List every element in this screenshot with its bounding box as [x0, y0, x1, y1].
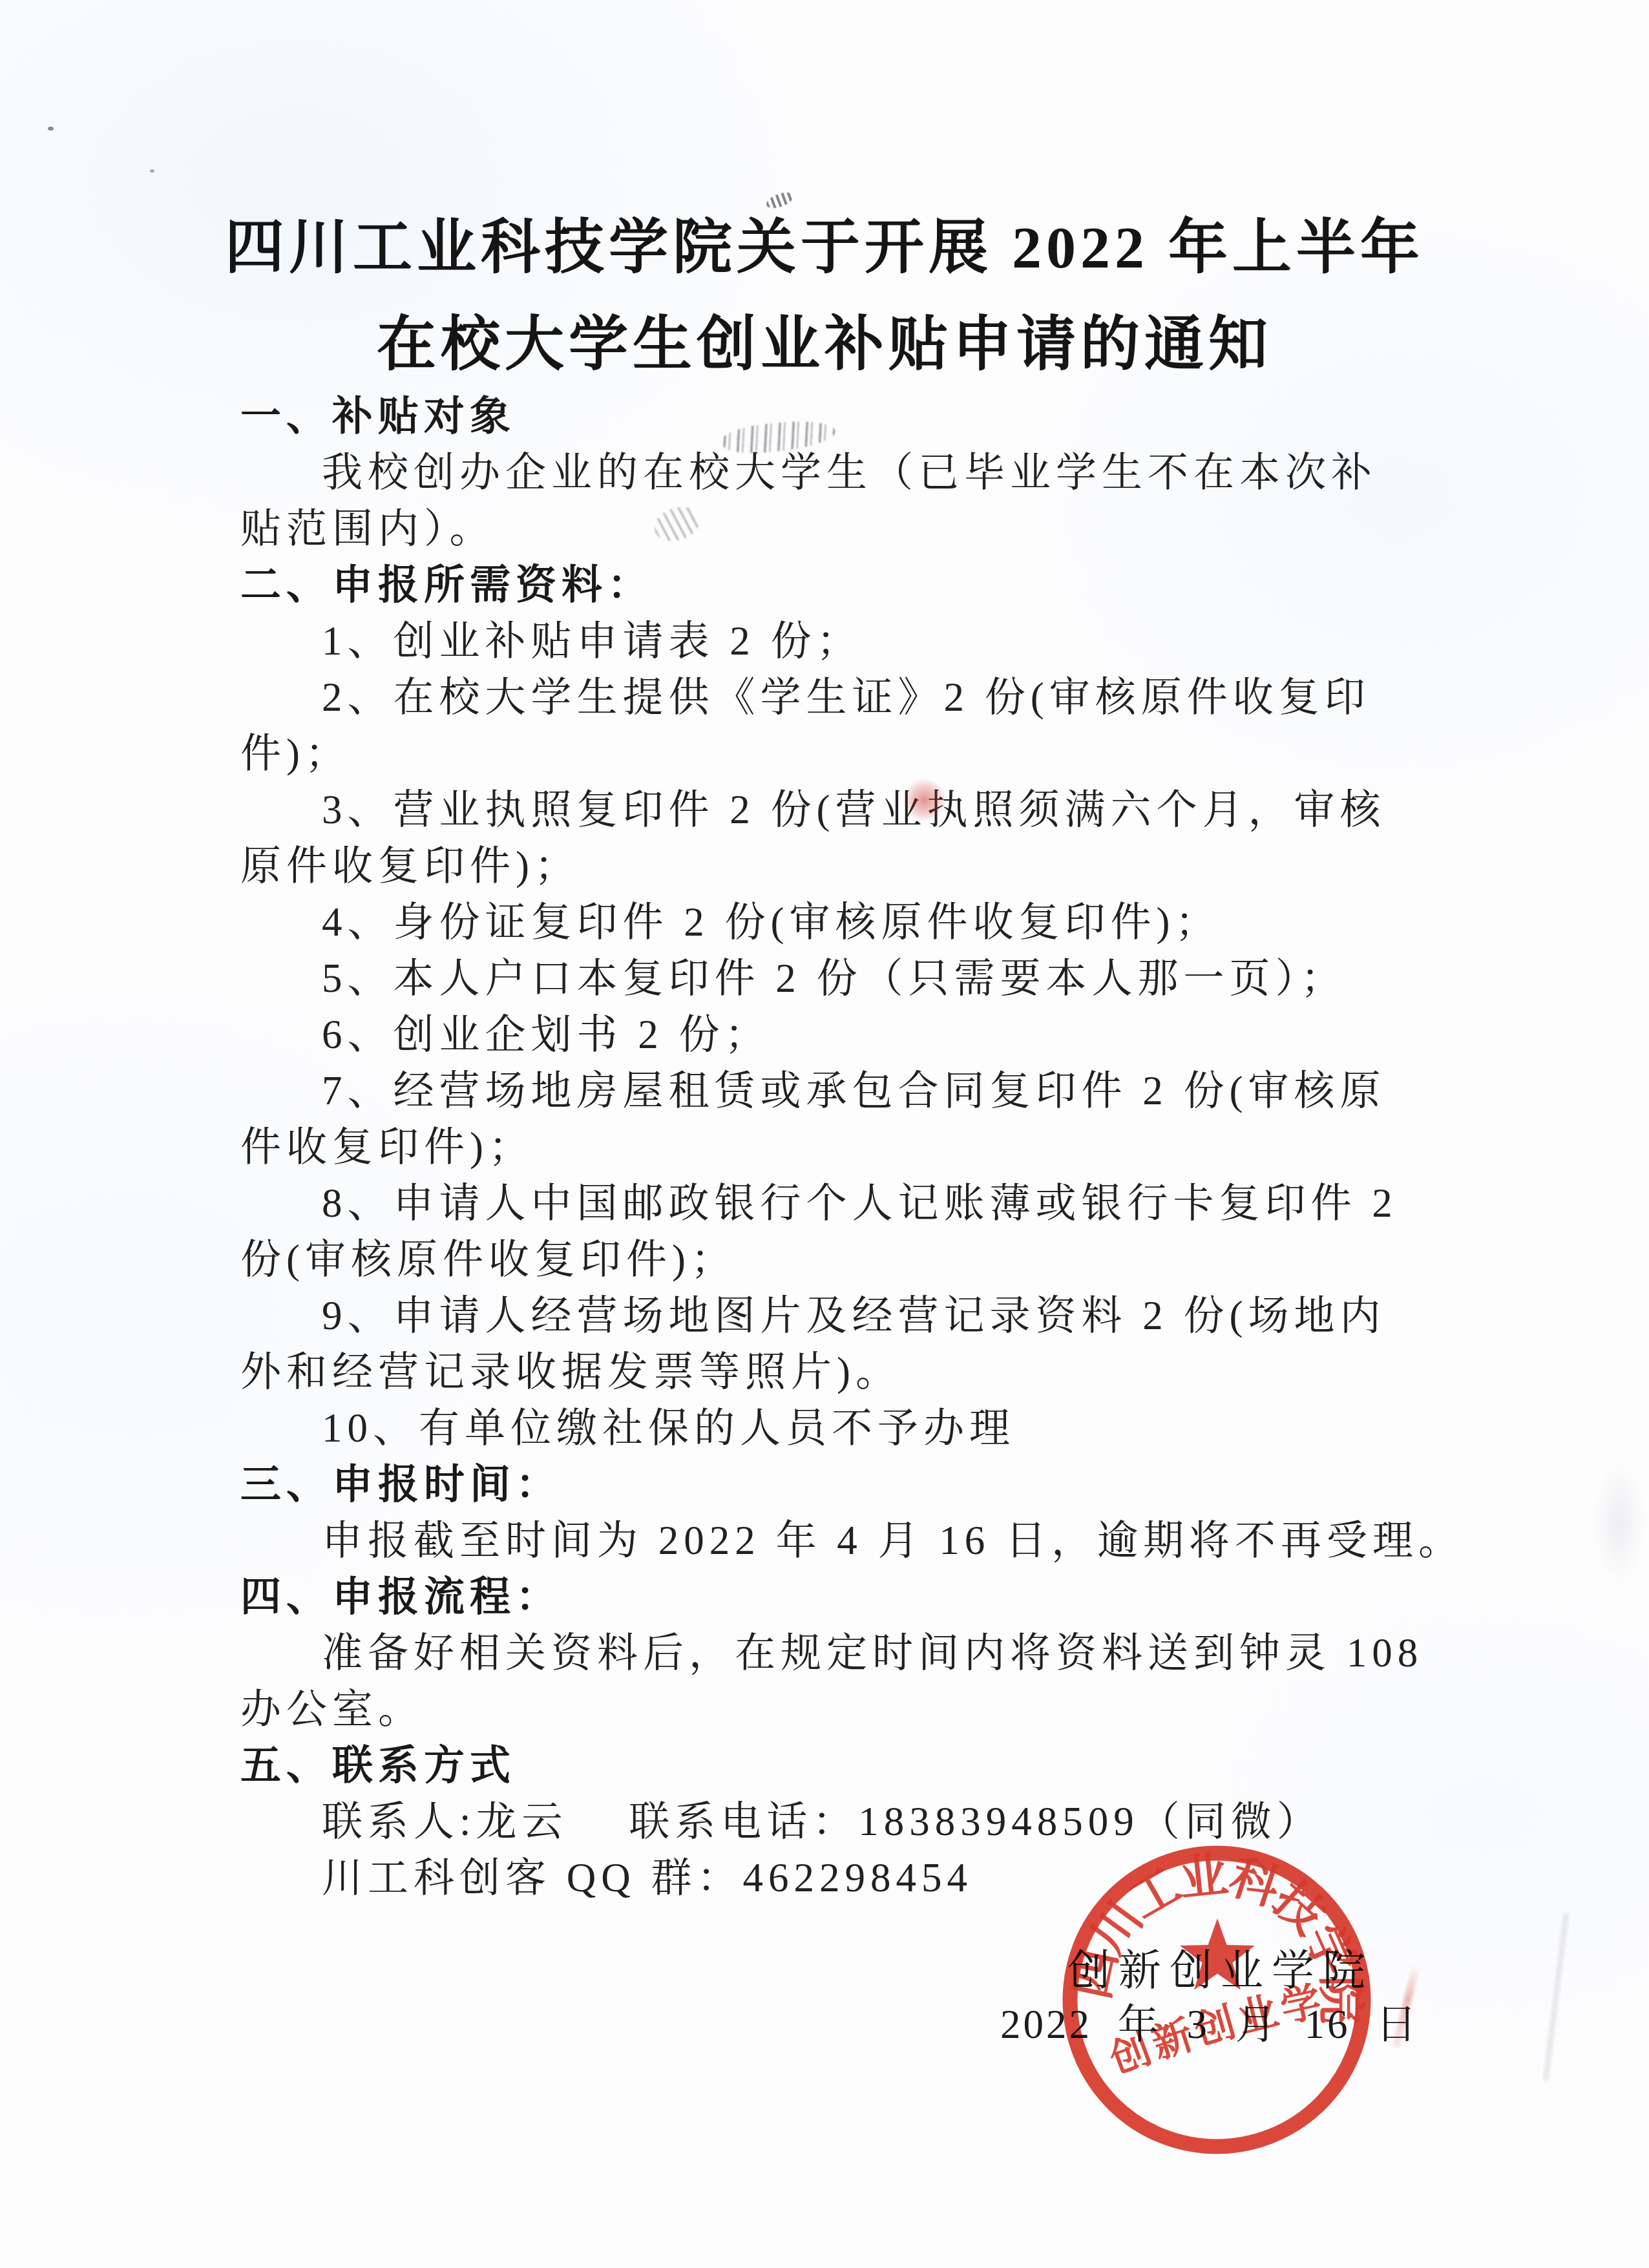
- signature-department: 创新创业学院: [1067, 1936, 1374, 1997]
- body-line-7: 件)；: [240, 726, 1423, 782]
- body-line-26: 联系人:龙云 联系电话：18383948509（同微）: [240, 1794, 1423, 1850]
- body-line-2: 我校创办企业的在校大学生（已毕业学生不在本次补: [240, 445, 1423, 501]
- body-line-16: 份(审核原件收复印件)；: [240, 1232, 1423, 1288]
- body-line-14: 件收复印件)；: [240, 1119, 1423, 1175]
- body-line-10: 4、身份证复印件 2 份(审核原件收复印件)；: [240, 894, 1423, 950]
- title-line-2: 在校大学生创业补贴申请的通知: [0, 296, 1649, 393]
- body-line-17: 9、申请人经营场地图片及经营记录资料 2 份(场地内: [240, 1288, 1423, 1344]
- body-line-15: 8、申请人中国邮政银行个人记账薄或银行卡复印件 2: [240, 1175, 1423, 1232]
- body-line-24: 办公室。: [240, 1681, 1423, 1738]
- body-line-19: 10、有单位缴社保的人员不予办理: [240, 1400, 1423, 1456]
- body-line-11: 5、本人户口本复印件 2 份（只需要本人那一页）；: [240, 950, 1423, 1007]
- document-title: 四川工业科技学院关于开展 2022 年上半年 在校大学生创业补贴申请的通知: [0, 199, 1649, 393]
- title-line-1: 四川工业科技学院关于开展 2022 年上半年: [0, 199, 1649, 296]
- body-line-23: 准备好相关资料后，在规定时间内将资料送到钟灵 108: [240, 1625, 1423, 1681]
- body-line-6: 2、在校大学生提供《学生证》2 份(审核原件收复印: [240, 669, 1423, 726]
- scan-speck-artifact: [150, 169, 154, 173]
- body-line-18: 外和经营记录收据发票等照片)。: [240, 1344, 1423, 1400]
- body-line-25: 五、联系方式: [240, 1738, 1423, 1794]
- document-body: 一、补贴对象我校创办企业的在校大学生（已毕业学生不在本次补贴范围内）。二、申报所…: [240, 388, 1423, 1906]
- crease-artifact: [1543, 1913, 1569, 2080]
- body-line-3: 贴范围内）。: [240, 501, 1423, 557]
- scan-shadow-artifact: [1593, 1460, 1645, 1583]
- body-line-20: 三、申报时间：: [240, 1456, 1423, 1513]
- body-line-12: 6、创业企划书 2 份；: [240, 1007, 1423, 1063]
- body-line-13: 7、经营场地房屋租赁或承包合同复印件 2 份(审核原: [240, 1063, 1423, 1119]
- scan-speck-artifact: [48, 127, 54, 131]
- body-line-4: 二、申报所需资料：: [240, 557, 1423, 613]
- body-line-27: 川工科创客 QQ 群：462298454: [240, 1850, 1423, 1906]
- body-line-8: 3、营业执照复印件 2 份(营业执照须满六个月，审核: [240, 782, 1423, 838]
- body-line-9: 原件收复印件)；: [240, 838, 1423, 894]
- body-line-22: 四、申报流程：: [240, 1569, 1423, 1625]
- body-line-21: 申报截至时间为 2022 年 4 月 16 日，逾期将不再受理。: [240, 1513, 1423, 1569]
- signature-date: 2022 年 3 月 16 日: [1000, 1991, 1419, 2050]
- scanned-notice-page: 四川工业科技学院关于开展 2022 年上半年 在校大学生创业补贴申请的通知 一、…: [0, 0, 1649, 2268]
- body-line-1: 一、补贴对象: [240, 388, 1423, 445]
- body-line-5: 1、创业补贴申请表 2 份；: [240, 613, 1423, 669]
